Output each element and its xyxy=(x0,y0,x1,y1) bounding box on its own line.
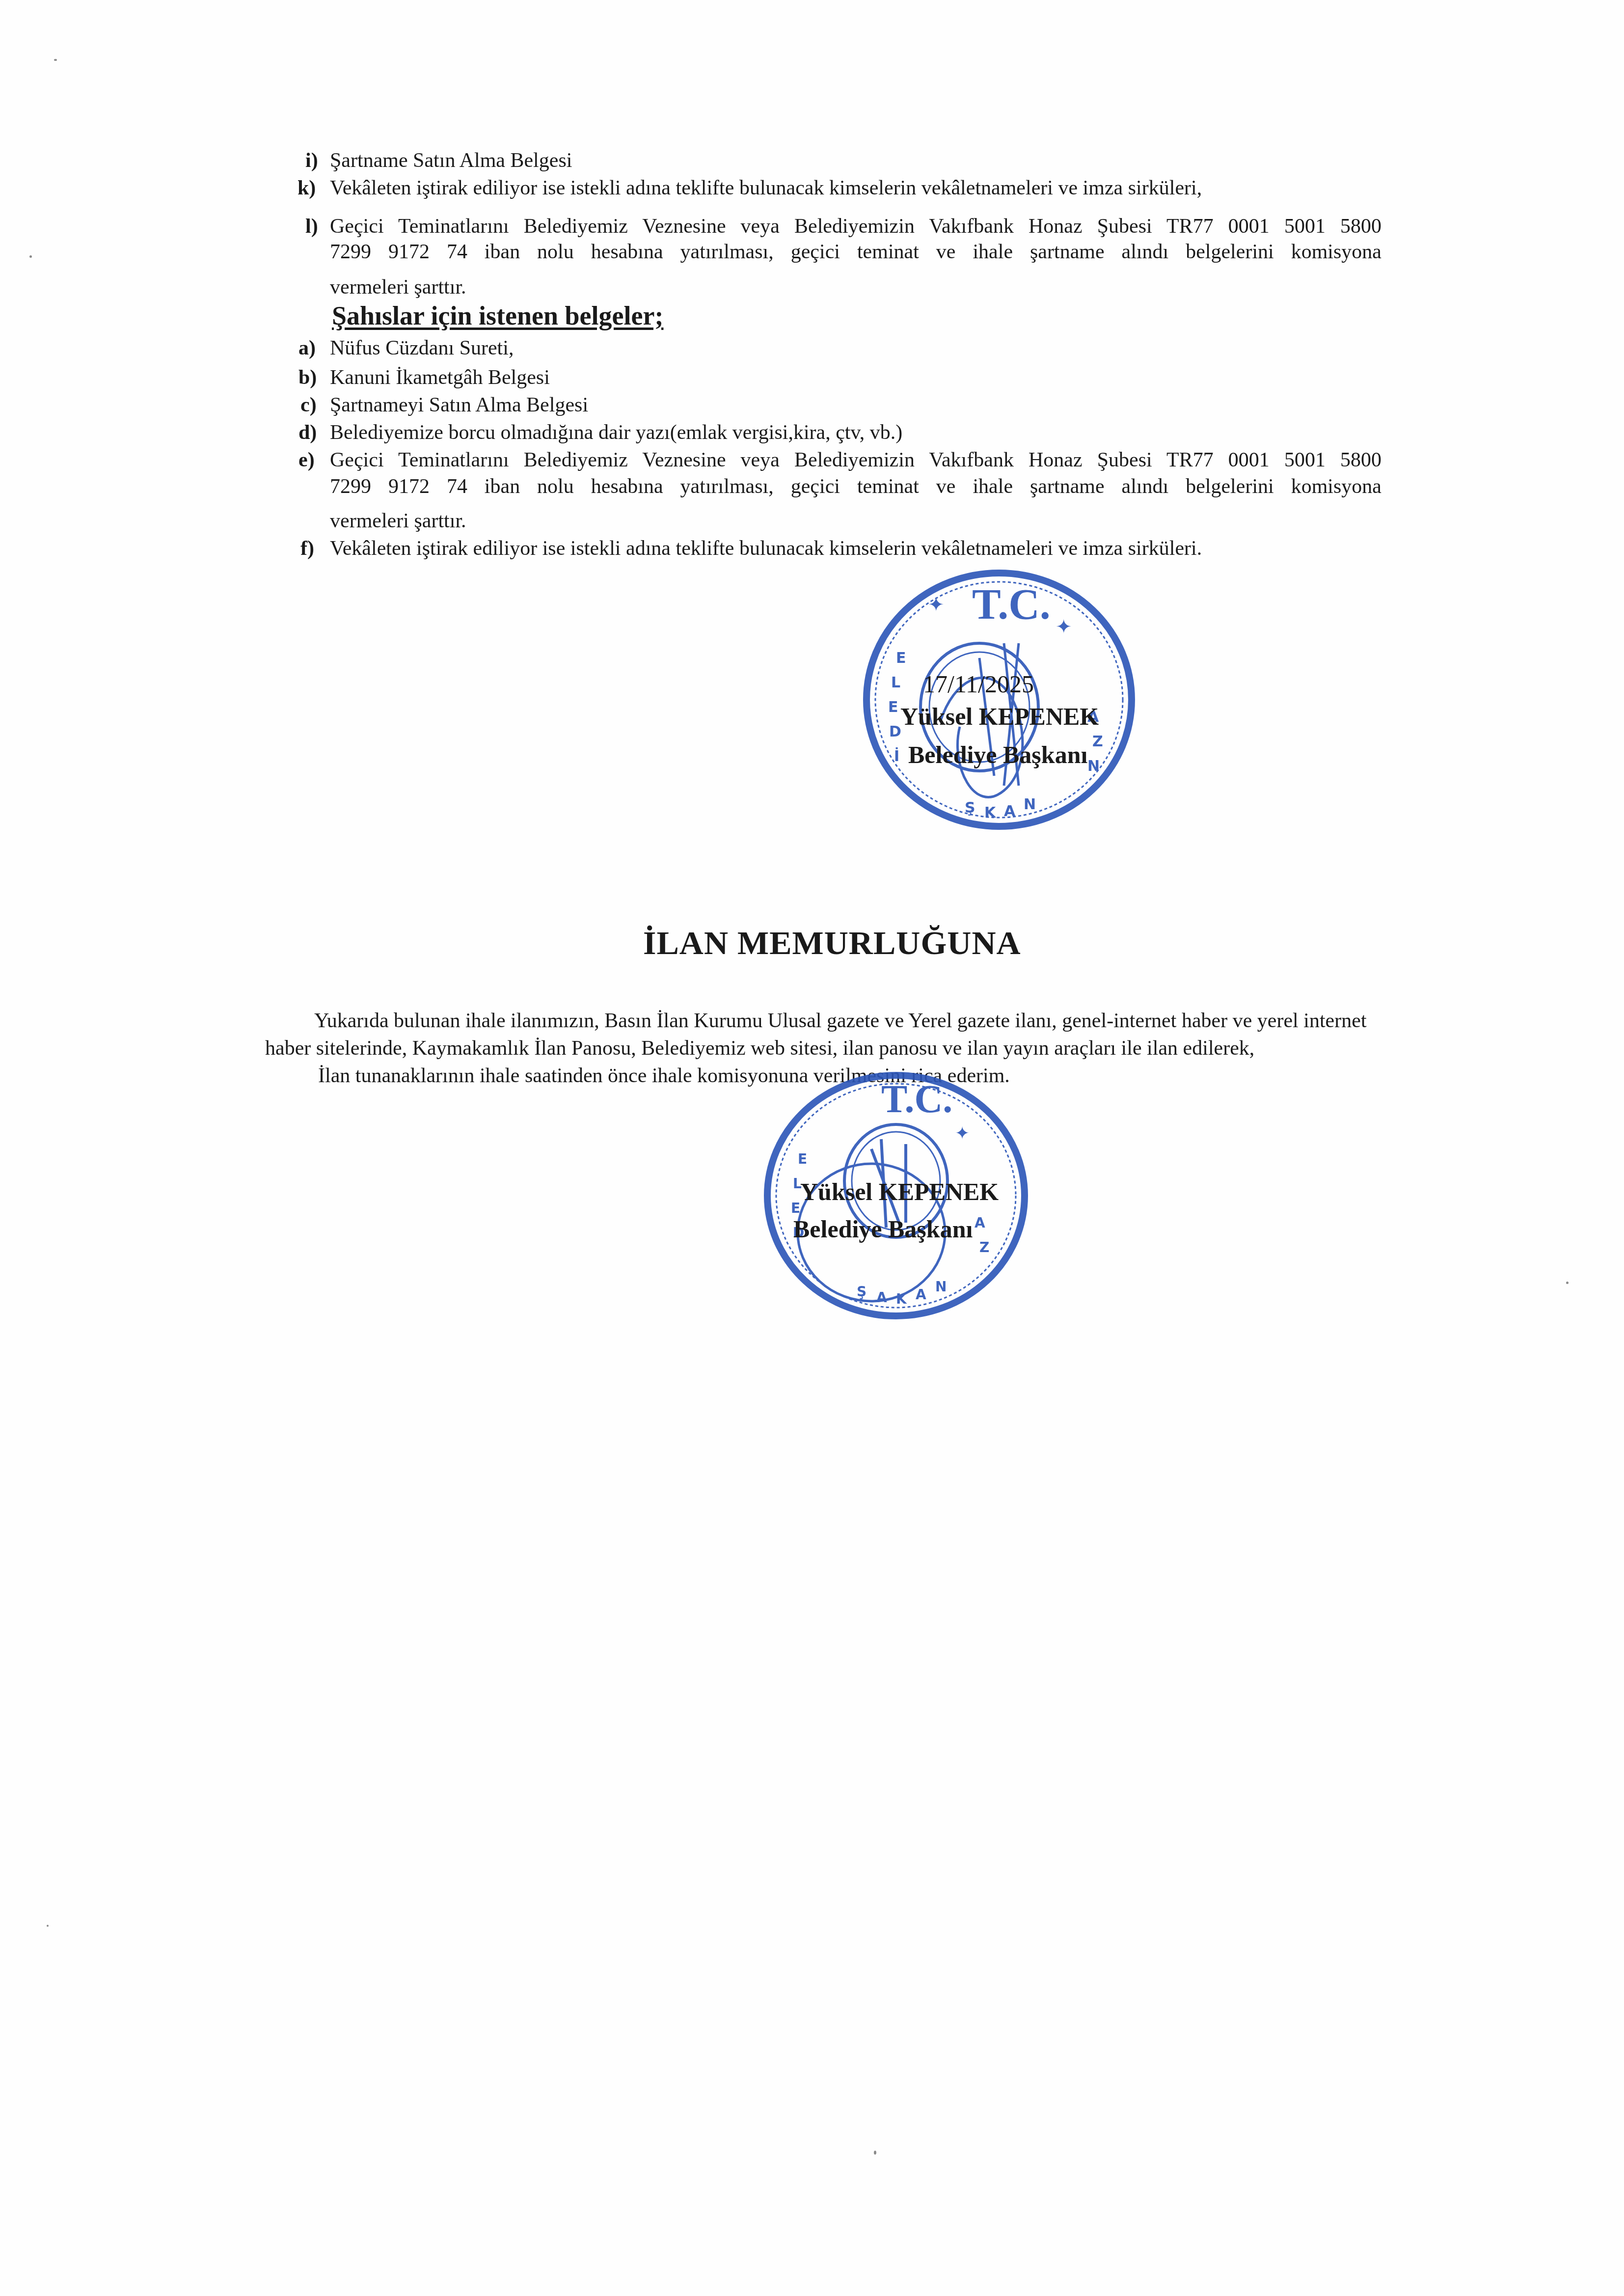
list-label: e) xyxy=(298,448,315,472)
scan-speck xyxy=(29,255,32,258)
signature-date: 17/11/2025 xyxy=(923,670,1034,698)
svg-text:A: A xyxy=(876,1289,887,1306)
scan-speck xyxy=(874,2151,876,2155)
svg-text:K: K xyxy=(896,1291,907,1307)
list-item-text: Geçici Teminatlarını Belediyemiz Veznesi… xyxy=(330,214,1381,239)
list-item-text: Belediyemize borcu olmadığına dair yazı(… xyxy=(330,420,902,445)
section-heading: Şahıslar için istenen belgeler; xyxy=(332,301,663,331)
svg-text:Z: Z xyxy=(1092,733,1103,750)
svg-text:E: E xyxy=(791,1200,800,1216)
list-item-text: Vekâleten iştirak ediliyor ise istekli a… xyxy=(330,536,1202,561)
svg-text:L: L xyxy=(891,674,900,691)
svg-text:N: N xyxy=(935,1279,947,1295)
svg-text:İ: İ xyxy=(894,747,899,765)
list-item-text: Kanuni İkametgâh Belgesi xyxy=(330,365,550,390)
document-page: i) Şartname Satın Alma Belgesi k) Vekâle… xyxy=(0,0,1624,2296)
svg-text:A: A xyxy=(916,1286,926,1303)
svg-text:✦: ✦ xyxy=(928,594,945,616)
svg-text:K: K xyxy=(984,804,997,821)
signatory-title: Belediye Başkanı xyxy=(908,740,1087,769)
svg-text:Ş: Ş xyxy=(965,799,975,817)
svg-text:T.C.: T.C. xyxy=(972,581,1051,629)
signatory-name: Yüksel KEPENEK xyxy=(900,702,1099,731)
svg-text:A: A xyxy=(1004,803,1016,820)
signatory-title: Belediye Başkanı xyxy=(793,1215,973,1243)
list-item-text: vermeleri şarttır. xyxy=(330,275,466,300)
svg-text:Z: Z xyxy=(979,1239,989,1256)
scan-speck xyxy=(47,1925,49,1927)
svg-text:D: D xyxy=(889,723,901,740)
svg-text:✦: ✦ xyxy=(1056,616,1072,638)
scan-speck xyxy=(1566,1282,1569,1284)
list-label: a) xyxy=(298,336,316,360)
list-item-text: Geçici Teminatlarını Belediyemiz Veznesi… xyxy=(330,448,1381,472)
list-item-text: 7299 9172 74 iban nolu hesabına yatırılm… xyxy=(330,474,1381,499)
svg-text:T.C.: T.C. xyxy=(881,1078,952,1121)
list-item-text: vermeleri şarttır. xyxy=(330,509,466,533)
svg-text:N: N xyxy=(1024,796,1036,813)
list-label: c) xyxy=(300,393,317,417)
list-label: b) xyxy=(298,365,317,390)
list-item-text: Vekâleten iştirak ediliyor ise istekli a… xyxy=(330,176,1202,200)
scan-speck xyxy=(54,59,57,61)
list-label: i) xyxy=(305,148,318,173)
svg-text:A: A xyxy=(974,1215,985,1231)
svg-text:E: E xyxy=(896,650,906,667)
list-item-text: Nüfus Cüzdanı Sureti, xyxy=(330,336,514,360)
list-item-text: 7299 9172 74 iban nolu hesabına yatırılm… xyxy=(330,240,1381,264)
announcement-title: İLAN MEMURLUĞUNA xyxy=(643,923,1021,962)
svg-text:E: E xyxy=(888,699,898,716)
svg-text:E: E xyxy=(798,1151,807,1167)
list-item-text: Şartnameyi Satın Alma Belgesi xyxy=(330,393,588,417)
list-label: k) xyxy=(298,176,316,200)
announcement-line: haber sitelerinde, Kaymakamlık İlan Pano… xyxy=(265,1036,1254,1061)
list-label: l) xyxy=(305,214,318,239)
list-label: d) xyxy=(298,420,317,445)
list-item-text: Şartname Satın Alma Belgesi xyxy=(330,148,572,173)
svg-text:✦: ✦ xyxy=(955,1123,970,1144)
svg-text:N: N xyxy=(1087,758,1100,775)
announcement-line: Yukarıda bulunan ihale ilanımızın, Basın… xyxy=(314,1009,1367,1033)
svg-text:Ş: Ş xyxy=(857,1284,866,1300)
signatory-name: Yüksel KEPENEK xyxy=(800,1177,999,1206)
list-label: f) xyxy=(300,536,314,561)
